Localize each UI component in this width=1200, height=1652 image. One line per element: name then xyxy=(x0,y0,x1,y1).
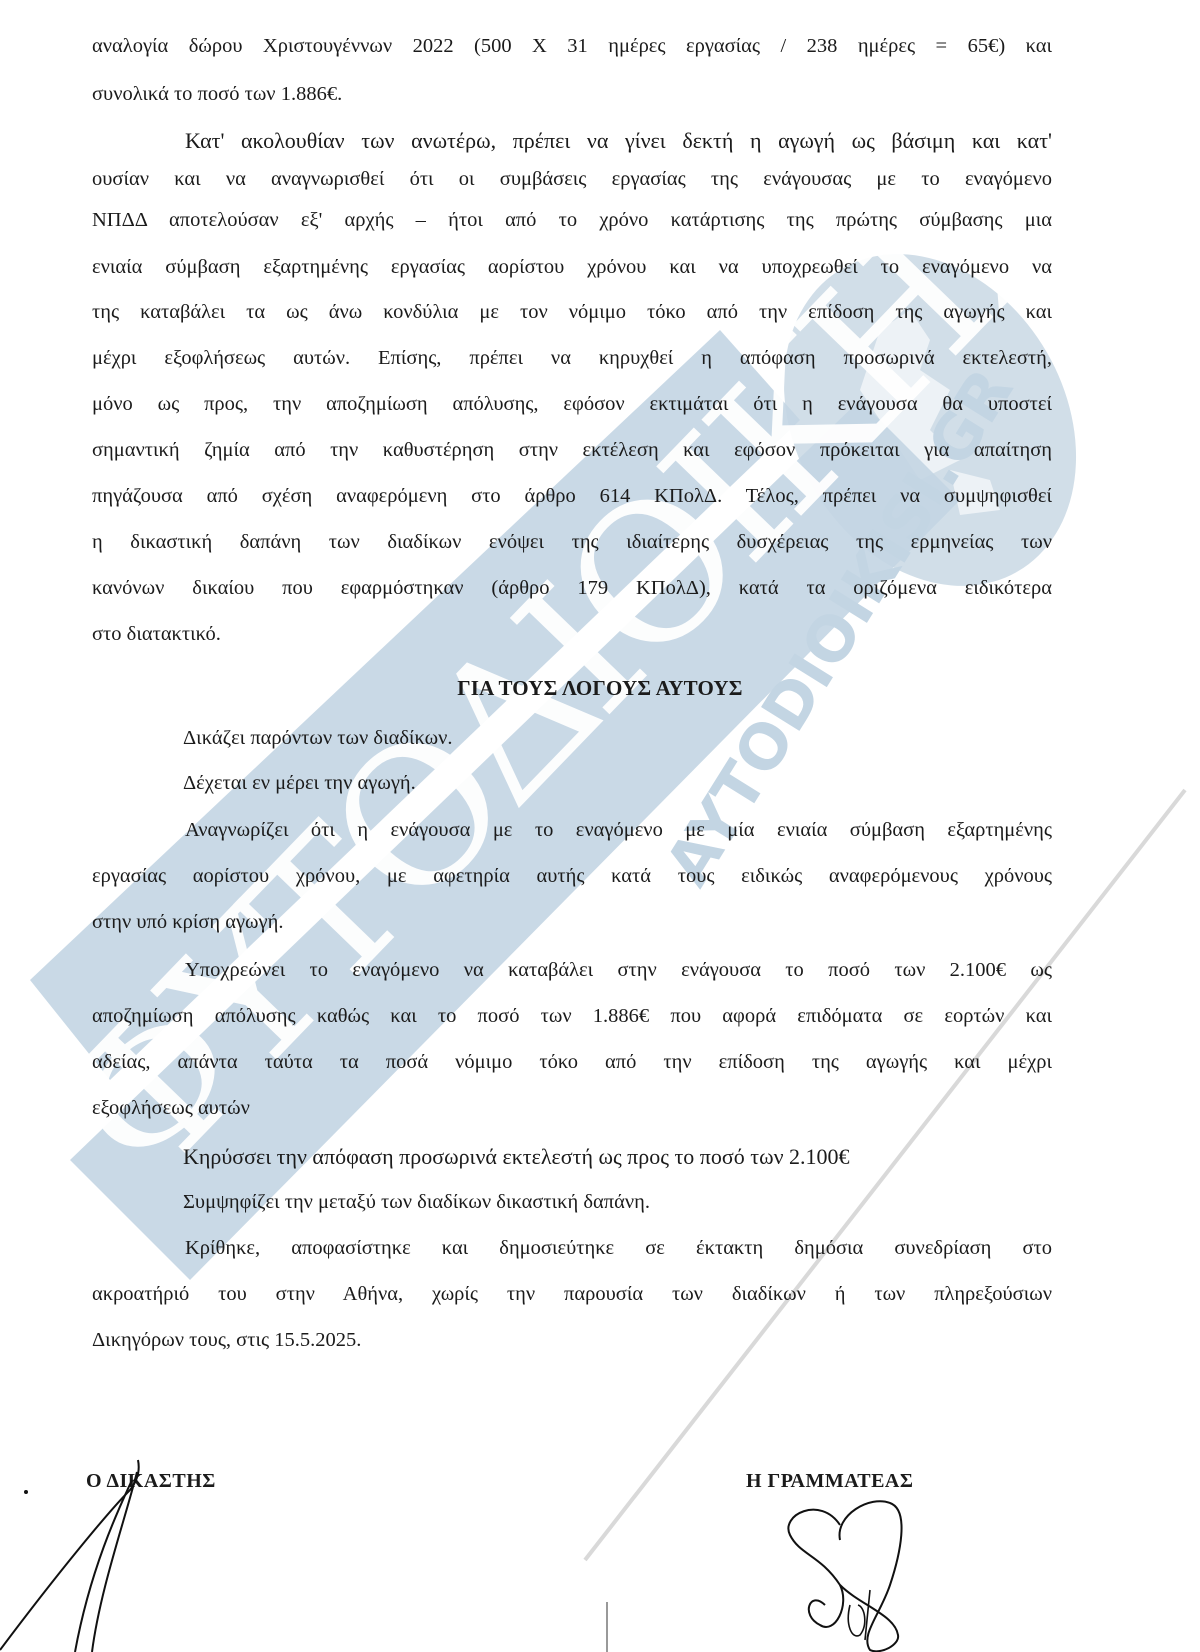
section-heading: ΓΙΑ ΤΟΥΣ ΛΟΓΟΥΣ ΑΥΤΟΥΣ xyxy=(0,676,1200,701)
text-line: Κατ' ακολουθίαν των ανωτέρω, πρέπει να γ… xyxy=(185,129,1052,153)
text-line: της καταβάλει τα ως άνω κονδύλια με τον … xyxy=(92,300,1052,324)
ruling-line: αποζημίωση απόλυσης καθώς και το ποσό τω… xyxy=(92,1004,1052,1028)
text-line: ενιαία σύμβαση εξαρτημένης εργασίας αορί… xyxy=(92,255,1052,279)
text-line: μέχρι εξοφλήσεως αυτών. Επίσης, πρέπει ν… xyxy=(92,346,1052,370)
text-line: ΝΠΔΔ αποτελούσαν εξ' αρχής – ήτοι από το… xyxy=(92,208,1052,232)
ruling-line: Κρίθηκε, αποφασίστηκε και δημοσιεύτηκε σ… xyxy=(185,1236,1052,1260)
text-line: συνολικά το ποσό των 1.886€. xyxy=(92,82,1052,106)
ruling-line: Δικηγόρων τους, στις 15.5.2025. xyxy=(92,1328,1052,1352)
ruling-line: Υποχρεώνει το εναγόμενο να καταβάλει στη… xyxy=(185,958,1052,982)
text-line: πηγάζουσα από σχέση αναφερόμενη στο άρθρ… xyxy=(92,484,1052,508)
document-page: αναλογία δώρου Χριστουγέννων 2022 (500 Χ… xyxy=(0,0,1200,1652)
ruling-line: Συμψηφίζει την μεταξύ των διαδίκων δικασ… xyxy=(183,1190,1143,1214)
ruling-line: Δέχεται εν μέρει την αγωγή. xyxy=(183,771,1143,795)
text-line: η δικαστική δαπάνη των διαδίκων ενόψει τ… xyxy=(92,530,1052,554)
ruling-line: ακροατήριό του στην Αθήνα, χωρίς την παρ… xyxy=(92,1282,1052,1306)
ruling-line: Δικάζει παρόντων των διαδίκων. xyxy=(183,726,1143,750)
ruling-line: εργασίας αορίστου χρόνου, με αφετηρία αυ… xyxy=(92,864,1052,888)
text-line: σημαντική ζημία από την καθυστέρηση στην… xyxy=(92,438,1052,462)
text-line: στο διατακτικό. xyxy=(92,622,1052,646)
text-line: κανόνων δικαίου που εφαρμόστηκαν (άρθρο … xyxy=(92,576,1052,600)
scan-mark xyxy=(606,1602,608,1652)
text-line: μόνο ως προς, την αποζημίωση απόλυσης, ε… xyxy=(92,392,1052,416)
ruling-line: στην υπό κρίση αγωγή. xyxy=(92,910,1052,934)
judge-signature-label: Ο ΔΙΚΑΣΤΗΣ xyxy=(86,1470,216,1493)
secretary-signature-icon xyxy=(780,1495,940,1652)
ruling-line: εξοφλήσεως αυτών xyxy=(92,1096,1052,1120)
ruling-line: Αναγνωρίζει ότι η ενάγουσα με το εναγόμε… xyxy=(185,818,1052,842)
text-line: αναλογία δώρου Χριστουγέννων 2022 (500 Χ… xyxy=(92,34,1052,58)
ruling-line: αδείας, απάντα ταύτα τα ποσά νόμιμο τόκο… xyxy=(92,1050,1052,1074)
secretary-signature-label: Η ΓΡΑΜΜΑΤΕΑΣ xyxy=(746,1470,913,1493)
ruling-line: Κηρύσσει την απόφαση προσωρινά εκτελεστή… xyxy=(183,1145,1143,1169)
text-line: ουσίαν και να αναγνωρισθεί ότι οι συμβάσ… xyxy=(92,167,1052,191)
